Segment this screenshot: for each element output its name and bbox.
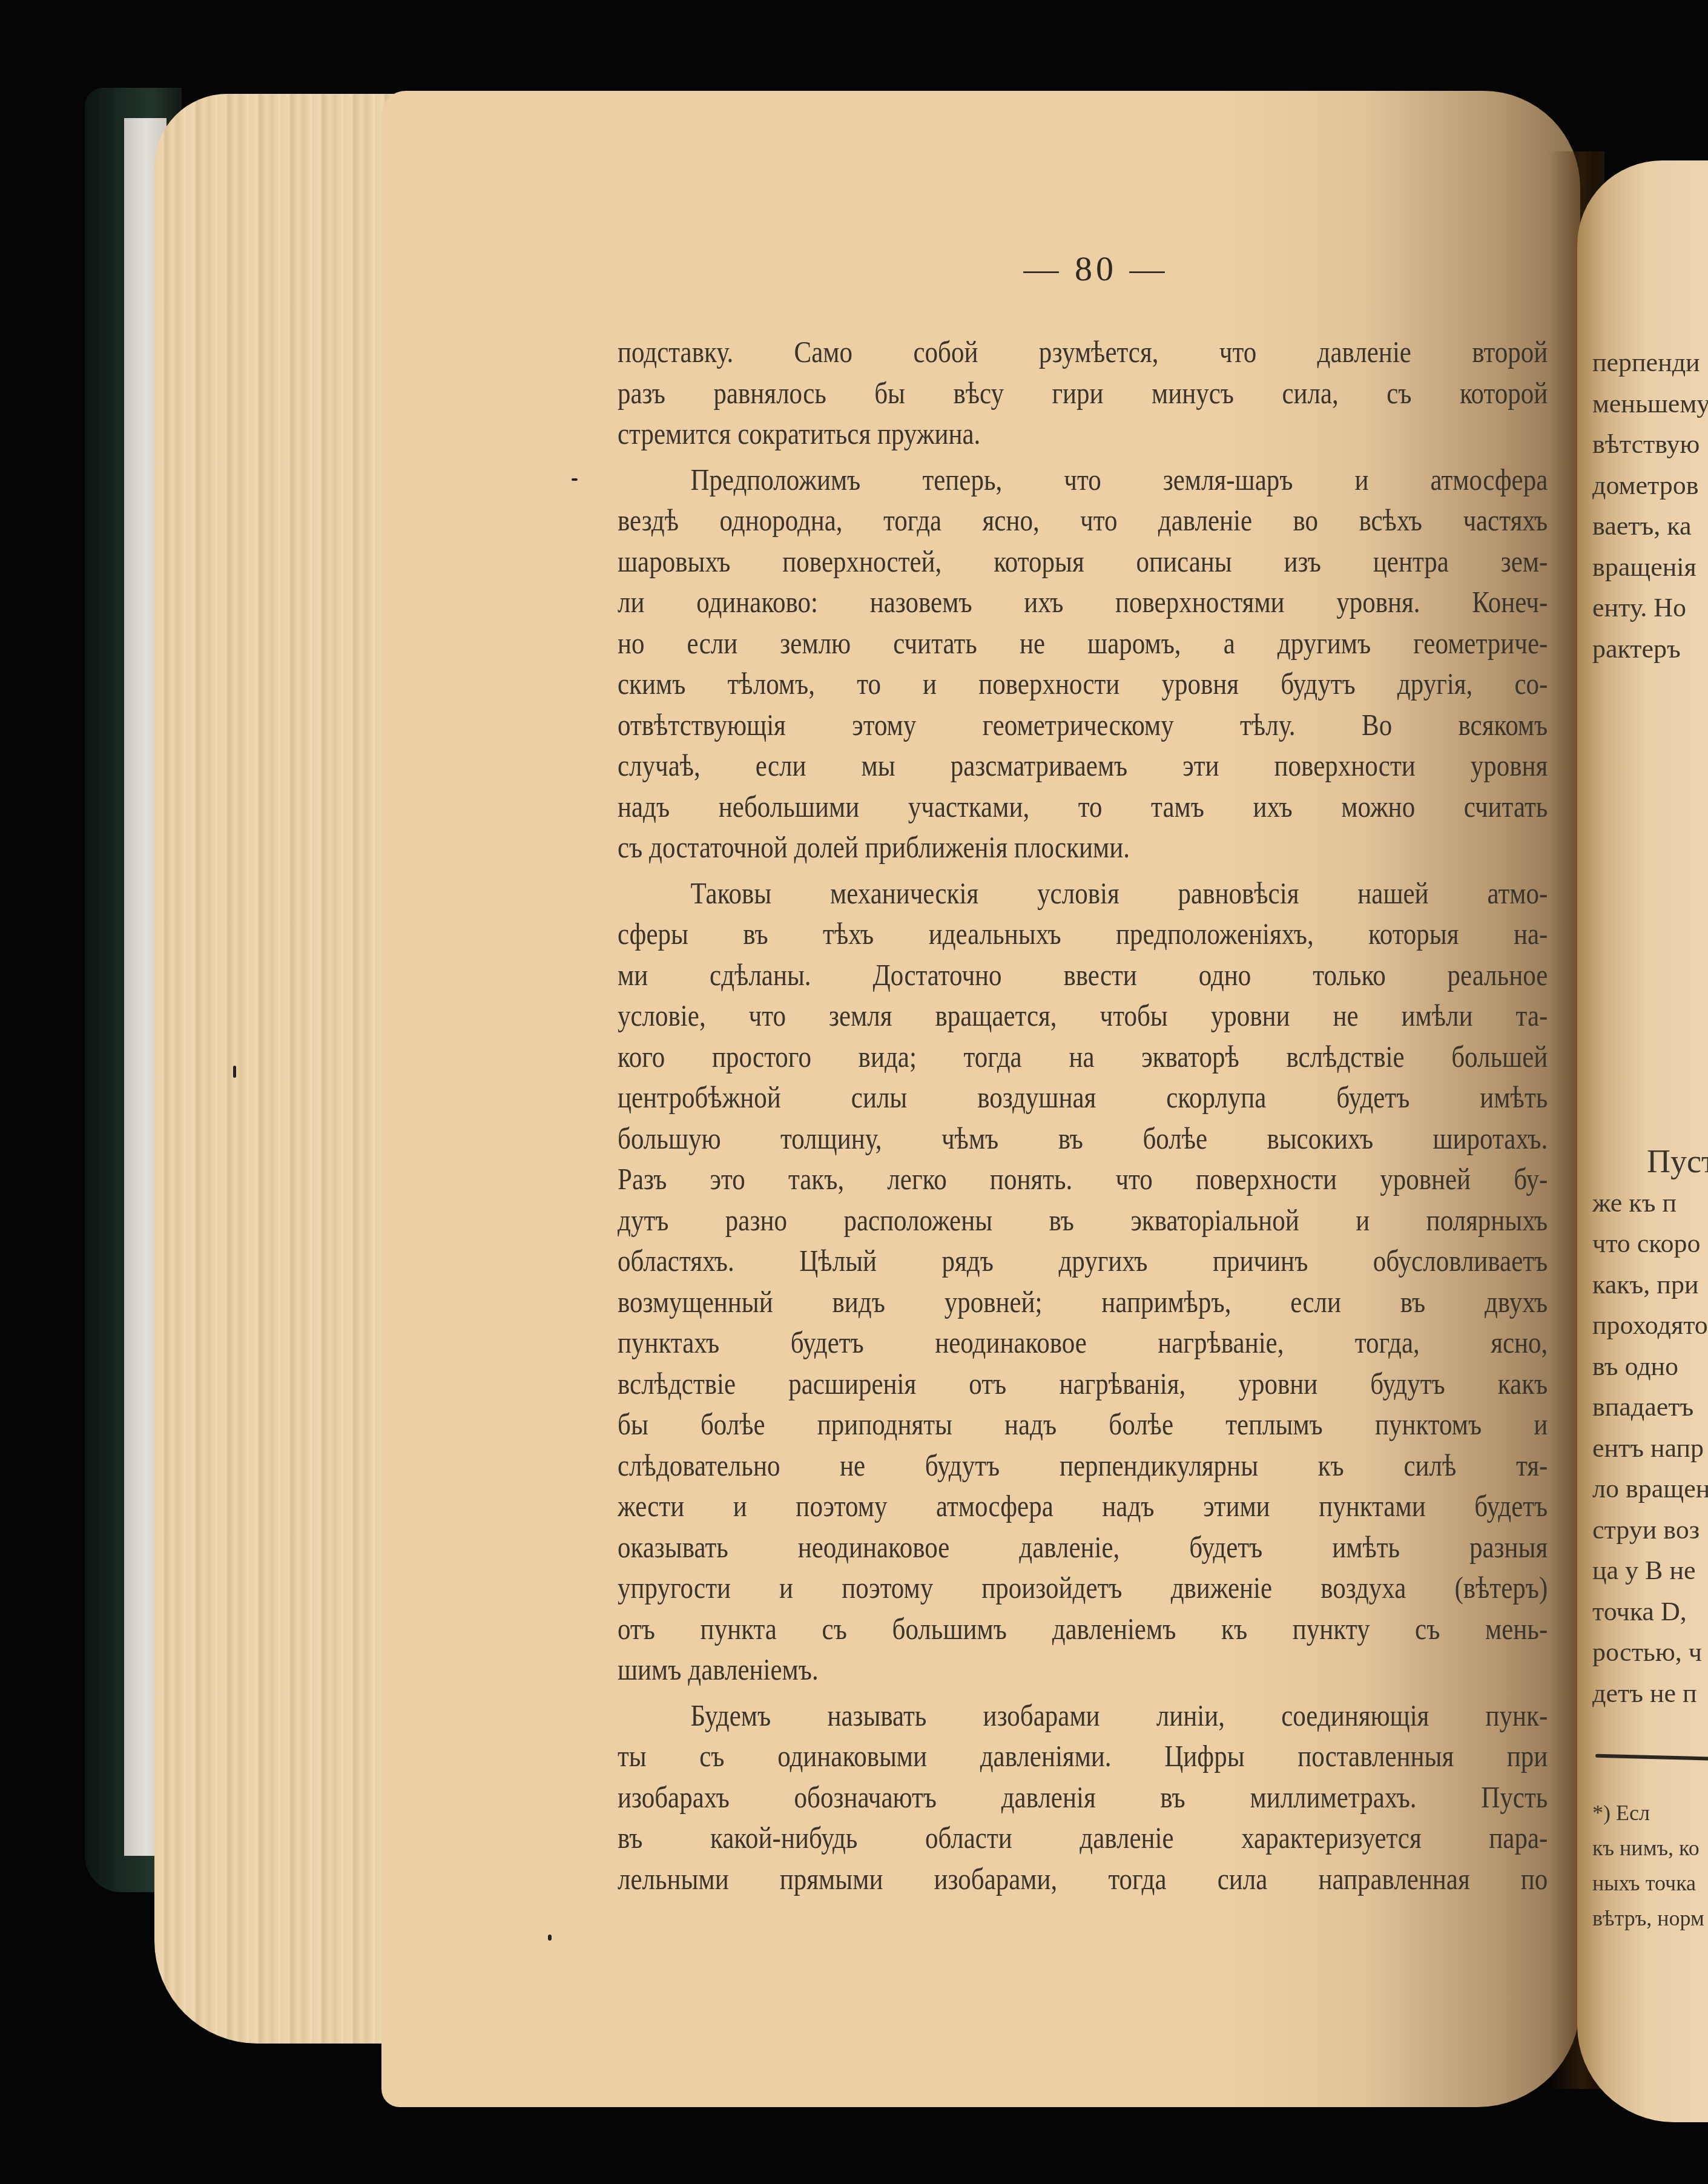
text-line: слѣдовательно не будутъ перпендикулярны … [618, 1445, 1548, 1486]
right-page-partial: перпендименьшемувѣтствуюдометровваетъ, к… [1577, 160, 1708, 2122]
text-line: Разъ это такъ, легко понять. что поверхн… [618, 1159, 1548, 1200]
text-line: скимъ тѣломъ, то и поверхности уровня бу… [618, 664, 1548, 705]
text-line: Будемъ называть изобарами линіи, соединя… [618, 1695, 1548, 1737]
text-line: Таковы механическія условія равновѣсія н… [618, 873, 1548, 914]
facing-line: впадаетъ [1592, 1387, 1708, 1428]
facing-line: ентъ напр [1592, 1428, 1708, 1469]
facing-line: ростью, ч [1592, 1632, 1708, 1673]
text-line: упругости и поэтому произойдетъ движеніе… [618, 1568, 1548, 1609]
page-edges-stack [154, 94, 409, 2044]
ink-speck [233, 1066, 236, 1078]
facing-line: точка D, [1592, 1591, 1708, 1632]
paragraph-gap [618, 1691, 1550, 1695]
facing-line: въ одно [1592, 1346, 1708, 1387]
facing-line: что скоро [1592, 1223, 1708, 1264]
facing-line: вѣтръ, норм [1592, 1901, 1708, 1936]
text-line: отвѣтствующія этому геометрическому тѣлу… [618, 705, 1548, 746]
text-line: надъ небольшими участками, то тамъ ихъ м… [618, 787, 1548, 828]
text-line: но если землю считать не шаромъ, а други… [618, 623, 1548, 664]
text-line: бы болѣе приподняты надъ болѣе теплымъ п… [618, 1404, 1548, 1445]
text-line: центробѣжной силы воздушная скорлупа буд… [618, 1077, 1548, 1118]
facing-line: ца у В не [1592, 1550, 1708, 1591]
ink-speck [548, 1935, 552, 1941]
facing-line: меньшему [1592, 383, 1708, 424]
text-line: съ достаточной долей приближенія плоским… [618, 827, 1548, 868]
text-line: подставку. Само собой рзумѣется, что дав… [618, 332, 1548, 373]
text-line: кого простого вида; тогда на экваторѣ вс… [618, 1037, 1548, 1078]
facing-line: детъ не п [1592, 1673, 1708, 1714]
text-line: дутъ разно расположены въ экваторіальной… [618, 1200, 1548, 1241]
text-line: вездѣ однородна, тогда ясно, что давлені… [618, 500, 1548, 541]
text-line: вслѣдствіе расширенія отъ нагрѣванія, ур… [618, 1364, 1548, 1405]
facing-line: перпенди [1592, 342, 1708, 383]
text-line: областяхъ. Цѣлый рядъ другихъ причинъ об… [618, 1241, 1548, 1282]
text-line: жести и поэтому атмосфера надъ этими пун… [618, 1486, 1548, 1527]
facing-line: вѣтствую [1592, 424, 1708, 465]
facing-line: струи воз [1592, 1509, 1708, 1551]
text-line: разъ равнялось бы вѣсу гири минусъ сила,… [618, 373, 1548, 414]
facing-line: ло вращен [1592, 1468, 1708, 1509]
text-line: Предположимъ теперь, что земля-шаръ и ат… [618, 460, 1548, 501]
text-line: въ какой-нибудь области давленіе характе… [618, 1818, 1548, 1859]
facing-line: ваетъ, ка [1592, 506, 1708, 547]
facing-line: проходято [1592, 1305, 1708, 1346]
facing-page-footnote: *) Еслкъ нимъ, коныхъ точкавѣтръ, норм [1592, 1795, 1708, 1936]
text-line: шаровыхъ поверхностей, которыя описаны и… [618, 541, 1548, 582]
ink-speck [572, 478, 578, 481]
facing-line: дометров [1592, 465, 1708, 506]
facing-line: *) Есл [1592, 1795, 1708, 1830]
page-number: — 80 — [1017, 248, 1175, 289]
paragraph-gap [618, 868, 1550, 873]
page-body-text: подставку. Само собой рзумѣется, что дав… [618, 332, 1550, 1899]
facing-page-top-text: перпендименьшемувѣтствуюдометровваетъ, к… [1592, 342, 1708, 669]
facing-line: рактеръ [1592, 628, 1708, 670]
text-line: ли одинаково: назовемъ ихъ поверхностями… [618, 582, 1548, 623]
text-line: изобарахъ обозначаютъ давленія въ миллим… [618, 1777, 1548, 1818]
footnote-separator [1595, 1754, 1708, 1762]
facing-line: енту. Но [1592, 587, 1708, 628]
paragraph-gap [618, 455, 1550, 460]
facing-line: же къ п [1592, 1183, 1708, 1224]
text-line: отъ пункта съ большимъ давленіемъ къ пун… [618, 1609, 1548, 1650]
facing-line: ныхъ точка [1592, 1866, 1708, 1901]
text-line: ты съ одинаковыми давленіями. Цифры пост… [618, 1736, 1548, 1777]
text-line: ми сдѣланы. Достаточно ввести одно тольк… [618, 955, 1548, 996]
text-line: пунктахъ будетъ неодинаковое нагрѣваніе,… [618, 1322, 1548, 1364]
text-line: случаѣ, если мы разсматриваемъ эти повер… [618, 745, 1548, 787]
text-line: возмущенный видъ уровней; напримѣръ, есл… [618, 1282, 1548, 1323]
text-line: стремится сократиться пружина. [618, 414, 1548, 455]
facing-line: вращенія [1592, 547, 1708, 588]
text-line: условіе, что земля вращается, чтобы уров… [618, 995, 1548, 1037]
text-line: лельными прямыми изобарами, тогда сила н… [618, 1859, 1548, 1900]
text-line: сферы въ тѣхъ идеальныхъ предположеніяхъ… [618, 914, 1548, 955]
text-line: оказывать неодинаковое давленіе, будетъ … [618, 1527, 1548, 1568]
facing-line: къ нимъ, ко [1592, 1830, 1708, 1866]
text-line: шимъ давленіемъ. [618, 1649, 1548, 1691]
facing-line: Пуст [1592, 1141, 1708, 1183]
facing-page-mid-text: Пустже къ пчто скорокакъ, припроходятовъ… [1592, 1141, 1708, 1714]
text-line: большую толщину, чѣмъ въ болѣе высокихъ … [618, 1118, 1548, 1160]
facing-line: какъ, при [1592, 1264, 1708, 1305]
